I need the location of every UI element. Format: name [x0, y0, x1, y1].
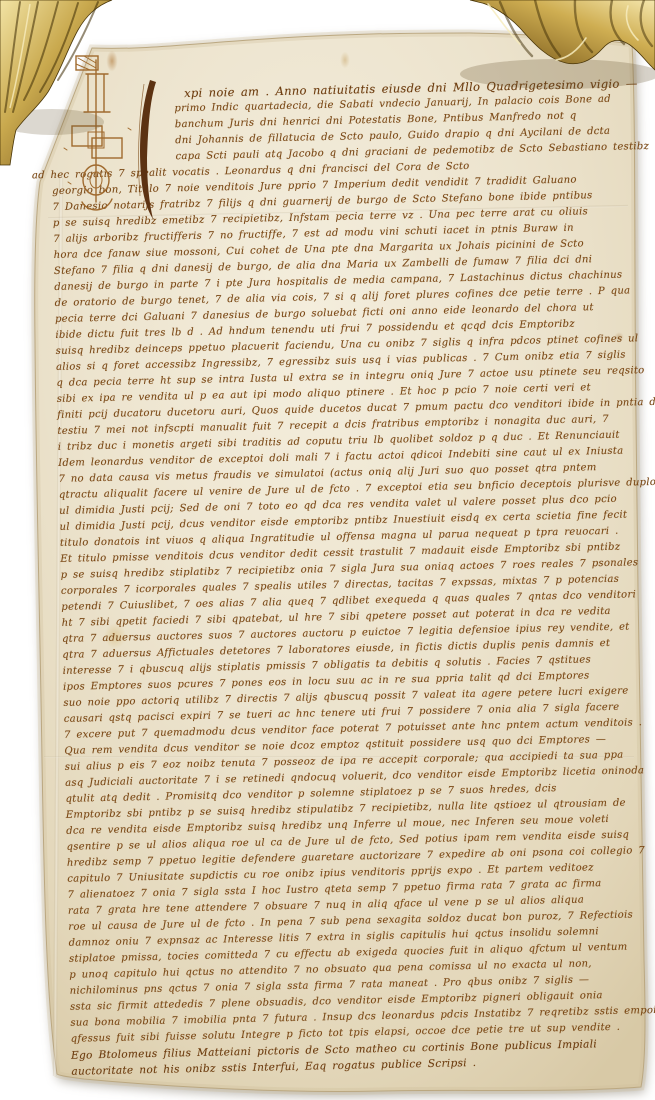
- manuscript-text: xpi noie am . Anno natiuitatis eiusde dn…: [50, 75, 654, 1079]
- ink-stain: [104, 46, 120, 76]
- manuscript-photo: xpi noie am . Anno natiuitatis eiusde dn…: [0, 0, 655, 1100]
- faint-stain: [338, 48, 352, 72]
- gilt-frame-corner-right-icon: [470, 0, 655, 70]
